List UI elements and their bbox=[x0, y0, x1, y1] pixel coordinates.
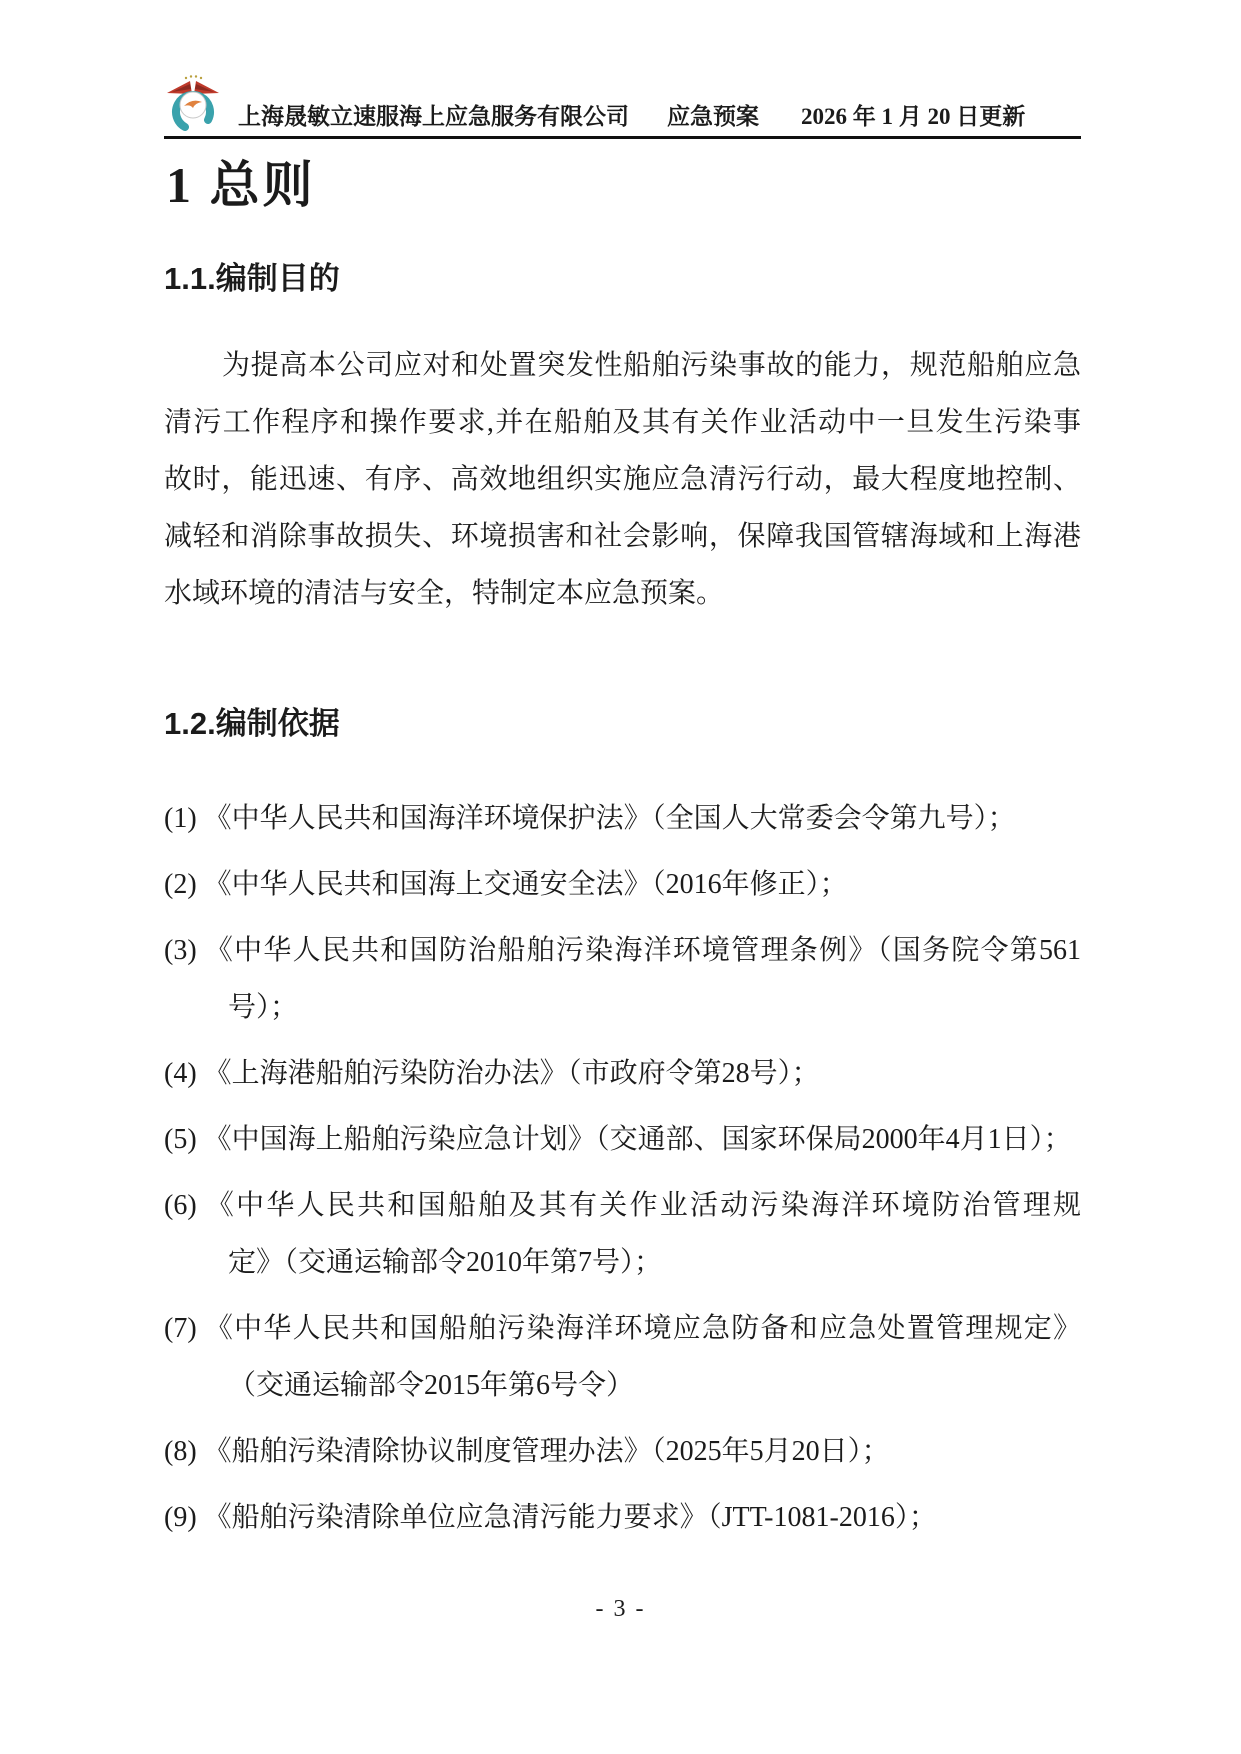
header-company-name: 上海晟敏立速服海上应急服务有限公司 bbox=[238, 102, 629, 132]
list-item-line: (6) 《中华人民共和国船舶及其有关作业活动污染海洋环境防治管理规 bbox=[164, 1177, 1081, 1234]
page-header: 上海晟敏立速服海上应急服务有限公司 应急预案 2026 年 1 月 20 日更新 bbox=[164, 0, 1081, 139]
list-item-continuation-line: 定》（交通运输部令2010年第7号）； bbox=[164, 1234, 1081, 1291]
list-item-line: (7) 《中华人民共和国船舶污染海洋环境应急防备和应急处置管理规定》 bbox=[164, 1300, 1081, 1357]
list-item-line: (1) 《中华人民共和国海洋环境保护法》（全国人大常委会令第九号）； bbox=[164, 790, 1081, 847]
list-item-line: (3) 《中华人民共和国防治船舶污染海洋环境管理条例》（国务院令第561 bbox=[164, 922, 1081, 979]
section-heading-purpose: 1.1.编制目的 bbox=[164, 259, 1081, 299]
reference-list: (1) 《中华人民共和国海洋环境保护法》（全国人大常委会令第九号）； (2) 《… bbox=[164, 790, 1081, 1546]
paragraph-line: 减轻和消除事故损失、环境损害和社会影响，保障我国管辖海域和上海港 bbox=[164, 508, 1081, 565]
list-item: (5) 《中国海上船舶污染应急计划》（交通部、国家环保局2000年4月1日）； bbox=[164, 1111, 1081, 1168]
list-item-line: (8) 《船舶污染清除协议制度管理办法》（2025年5月20日）； bbox=[164, 1423, 1081, 1480]
list-item-line: (5) 《中国海上船舶污染应急计划》（交通部、国家环保局2000年4月1日）； bbox=[164, 1111, 1081, 1168]
page-number: - 3 - bbox=[0, 1596, 1241, 1623]
list-item-line: (2) 《中华人民共和国海上交通安全法》（2016年修正）； bbox=[164, 856, 1081, 913]
list-item: (6) 《中华人民共和国船舶及其有关作业活动污染海洋环境防治管理规 定》（交通运… bbox=[164, 1177, 1081, 1291]
list-item: (3) 《中华人民共和国防治船舶污染海洋环境管理条例》（国务院令第561 号）； bbox=[164, 922, 1081, 1036]
list-item: (4) 《上海港船舶污染防治办法》（市政府令第28号）； bbox=[164, 1045, 1081, 1102]
list-item-line: (4) 《上海港船舶污染防治办法》（市政府令第28号）； bbox=[164, 1045, 1081, 1102]
paragraph-line: 故时，能迅速、有序、高效地组织实施应急清污行动，最大程度地控制、 bbox=[164, 451, 1081, 508]
list-item: (9) 《船舶污染清除单位应急清污能力要求》（JTT-1081-2016）； bbox=[164, 1489, 1081, 1546]
chapter-title: 1 总则 bbox=[166, 155, 1081, 215]
header-updated-date: 2026 年 1 月 20 日更新 bbox=[801, 102, 1025, 132]
header-doc-type: 应急预案 bbox=[667, 102, 759, 132]
company-logo-icon bbox=[164, 72, 222, 136]
purpose-paragraph: 为提高本公司应对和处置突发性船舶污染事故的能力，规范船舶应急 清污工作程序和操作… bbox=[164, 337, 1081, 622]
section-heading-basis: 1.2.编制依据 bbox=[164, 704, 1081, 744]
paragraph-line: 水域环境的清洁与安全，特制定本应急预案。 bbox=[164, 565, 1081, 622]
document-page: 上海晟敏立速服海上应急服务有限公司 应急预案 2026 年 1 月 20 日更新… bbox=[0, 0, 1241, 1754]
list-item-line: (9) 《船舶污染清除单位应急清污能力要求》（JTT-1081-2016）； bbox=[164, 1489, 1081, 1546]
list-item: (1) 《中华人民共和国海洋环境保护法》（全国人大常委会令第九号）； bbox=[164, 790, 1081, 847]
header-text-row: 上海晟敏立速服海上应急服务有限公司 应急预案 2026 年 1 月 20 日更新 bbox=[238, 102, 1025, 132]
list-item-continuation-line: 号）； bbox=[164, 979, 1081, 1036]
list-item: (8) 《船舶污染清除协议制度管理办法》（2025年5月20日）； bbox=[164, 1423, 1081, 1480]
list-item-continuation-line: （交通运输部令2015年第6号令） bbox=[164, 1357, 1081, 1414]
paragraph-line: 清污工作程序和操作要求,并在船舶及其有关作业活动中一旦发生污染事 bbox=[164, 394, 1081, 451]
list-item: (2) 《中华人民共和国海上交通安全法》（2016年修正）； bbox=[164, 856, 1081, 913]
list-item: (7) 《中华人民共和国船舶污染海洋环境应急防备和应急处置管理规定》 （交通运输… bbox=[164, 1300, 1081, 1414]
paragraph-line: 为提高本公司应对和处置突发性船舶污染事故的能力，规范船舶应急 bbox=[164, 337, 1081, 394]
